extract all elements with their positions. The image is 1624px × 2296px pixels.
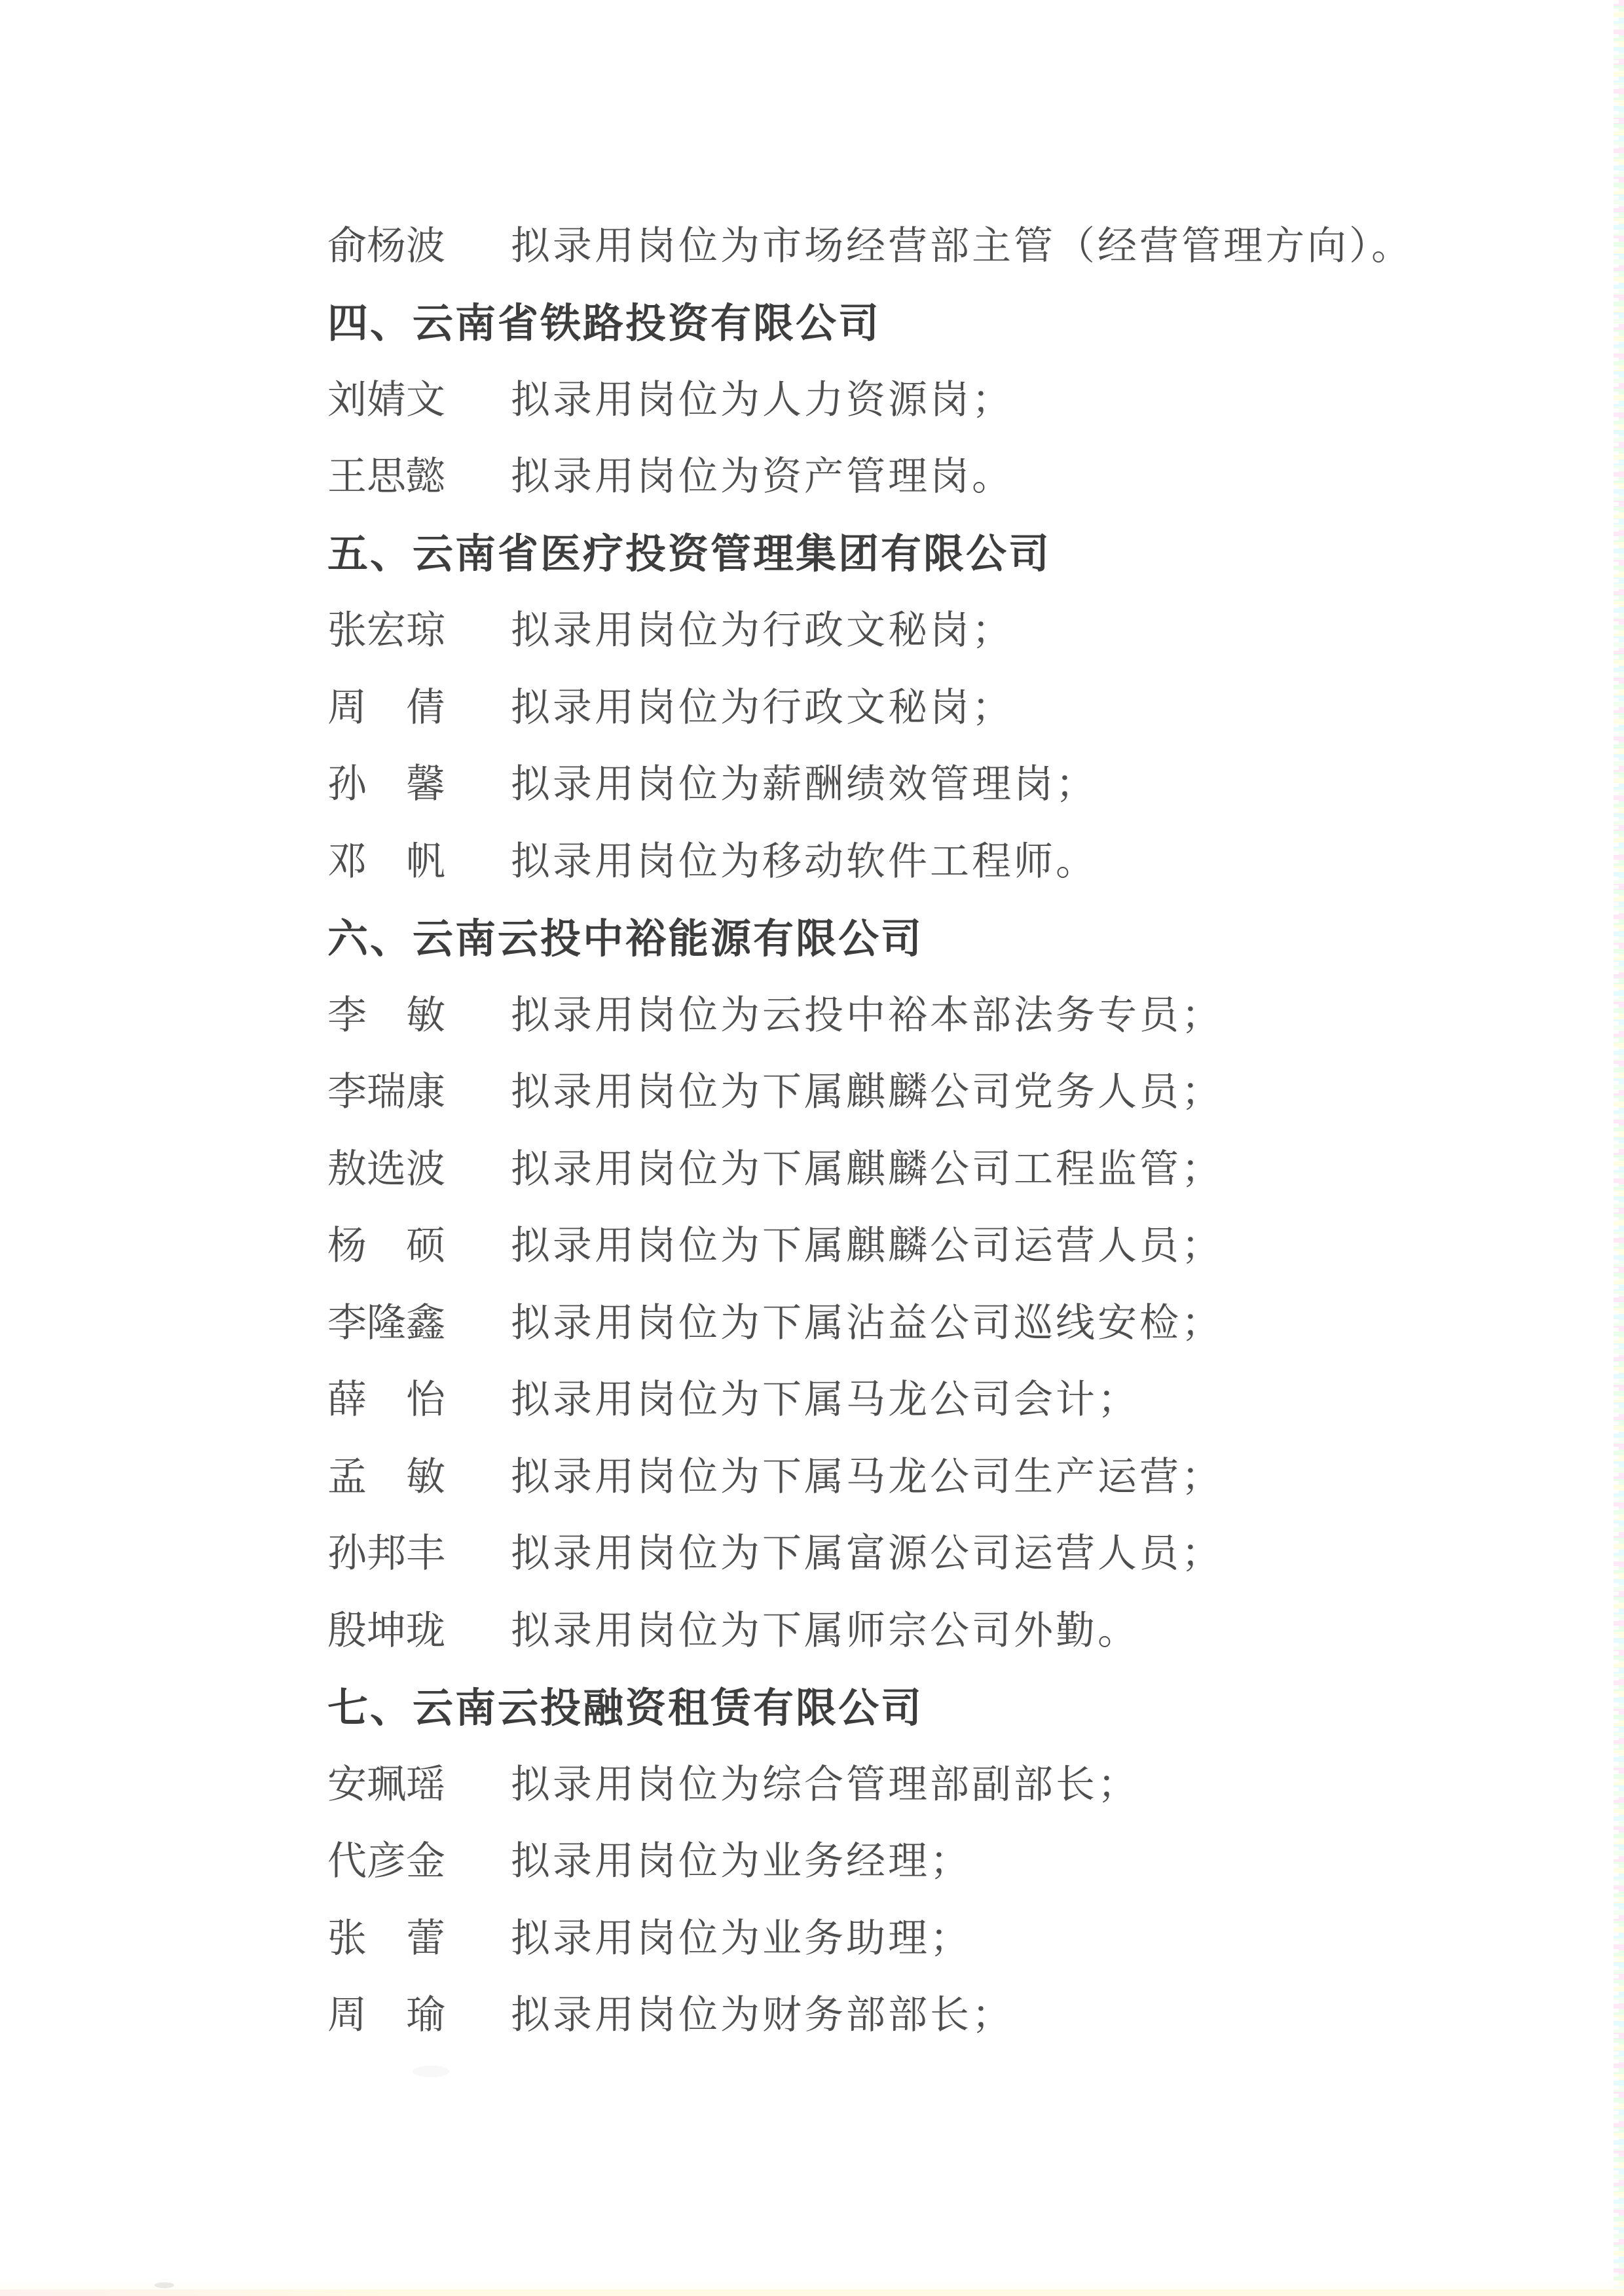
- section-heading-row: 五、云南省医疗投资管理集团有限公司: [327, 512, 1413, 589]
- scan-smudge: [155, 2282, 174, 2288]
- section-heading-row: 四、云南省铁路投资有限公司: [327, 282, 1413, 359]
- entry-name: 刘婧文: [327, 369, 453, 425]
- entry-row: 代彦金拟录用岗位为业务经理；: [327, 1820, 1413, 1897]
- entry-name: 安珮瑶: [327, 1753, 453, 1810]
- entry-name: 俞杨波: [327, 215, 453, 271]
- entry-name: 代彦金: [327, 1830, 453, 1886]
- entry-position: 拟录用岗位为财务部部长；: [511, 1984, 1014, 2040]
- entry-position: 拟录用岗位为业务助理；: [511, 1907, 972, 1963]
- entry-name: 殷坤珑: [327, 1599, 453, 1656]
- entry-position: 拟录用岗位为综合管理部副部长；: [511, 1753, 1139, 1810]
- entry-position: 拟录用岗位为行政文秘岗；: [511, 599, 1014, 655]
- entry-row: 邓 帆拟录用岗位为移动软件工程师。: [327, 820, 1413, 897]
- entry-position: 拟录用岗位为人力资源岗；: [511, 369, 1014, 425]
- entry-row: 刘婧文拟录用岗位为人力资源岗；: [327, 358, 1413, 435]
- entry-position: 拟录用岗位为业务经理；: [511, 1830, 972, 1886]
- entry-position: 拟录用岗位为下属麒麟公司党务人员；: [511, 1061, 1223, 1117]
- entry-name: 邓 帆: [327, 830, 453, 886]
- entry-position: 拟录用岗位为市场经营部主管（经营管理方向）。: [511, 215, 1413, 271]
- entry-name: 张宏琼: [327, 599, 453, 655]
- entry-row: 孙 馨拟录用岗位为薪酬绩效管理岗；: [327, 743, 1413, 820]
- entry-row: 周 倩拟录用岗位为行政文秘岗；: [327, 666, 1413, 743]
- entry-position: 拟录用岗位为云投中裕本部法务专员；: [511, 984, 1223, 1040]
- entry-position: 拟录用岗位为下属师宗公司外勤。: [511, 1599, 1139, 1656]
- entry-row: 俞杨波拟录用岗位为市场经营部主管（经营管理方向）。: [327, 204, 1413, 282]
- entry-position: 拟录用岗位为下属麒麟公司运营人员；: [511, 1214, 1223, 1271]
- entry-position: 拟录用岗位为行政文秘岗；: [511, 676, 1014, 733]
- entry-name: 周 瑜: [327, 1984, 453, 2040]
- scan-edge-artifact-bottom: [0, 2289, 1624, 2296]
- section-heading: 四、云南省铁路投资有限公司: [327, 291, 881, 349]
- entry-name: 李 敏: [327, 984, 453, 1040]
- entry-position: 拟录用岗位为下属沾益公司巡线安检；: [511, 1292, 1223, 1348]
- entry-position: 拟录用岗位为薪酬绩效管理岗；: [511, 753, 1098, 809]
- entry-name: 敖选波: [327, 1138, 453, 1194]
- entry-name: 薛 怡: [327, 1368, 453, 1425]
- entry-position: 拟录用岗位为资产管理岗。: [511, 445, 1014, 501]
- entry-row: 李隆鑫拟录用岗位为下属沾益公司巡线安检；: [327, 1281, 1413, 1358]
- entry-row: 敖选波拟录用岗位为下属麒麟公司工程监管；: [327, 1127, 1413, 1205]
- section-heading-row: 六、云南云投中裕能源有限公司: [327, 897, 1413, 974]
- entry-name: 王思懿: [327, 445, 453, 501]
- entry-position: 拟录用岗位为下属马龙公司会计；: [511, 1368, 1139, 1425]
- entry-row: 孟 敏拟录用岗位为下属马龙公司生产运营；: [327, 1435, 1413, 1512]
- entry-row: 李瑞康拟录用岗位为下属麒麟公司党务人员；: [327, 1051, 1413, 1128]
- entry-row: 孙邦丰拟录用岗位为下属富源公司运营人员；: [327, 1512, 1413, 1590]
- entry-row: 殷坤珑拟录用岗位为下属师宗公司外勤。: [327, 1589, 1413, 1666]
- scan-smudge: [413, 2066, 449, 2077]
- entry-row: 张 蕾拟录用岗位为业务助理；: [327, 1897, 1413, 1974]
- entry-position: 拟录用岗位为移动软件工程师。: [511, 830, 1098, 886]
- entry-name: 李瑞康: [327, 1061, 453, 1117]
- entry-name: 周 倩: [327, 676, 453, 733]
- section-heading: 五、云南省医疗投资管理集团有限公司: [327, 521, 1051, 579]
- scan-edge-fade-bottom: [0, 2280, 1624, 2289]
- entry-row: 王思懿拟录用岗位为资产管理岗。: [327, 435, 1413, 513]
- section-heading-row: 七、云南云投融资租赁有限公司: [327, 1666, 1413, 1743]
- entry-name: 孙 馨: [327, 753, 453, 809]
- entry-row: 张宏琼拟录用岗位为行政文秘岗；: [327, 589, 1413, 666]
- entry-name: 孙邦丰: [327, 1522, 453, 1578]
- document-content: 俞杨波拟录用岗位为市场经营部主管（经营管理方向）。四、云南省铁路投资有限公司刘婧…: [327, 204, 1413, 2050]
- entry-name: 孟 敏: [327, 1446, 453, 1502]
- entry-name: 张 蕾: [327, 1907, 453, 1963]
- entry-row: 李 敏拟录用岗位为云投中裕本部法务专员；: [327, 974, 1413, 1051]
- entry-name: 杨 硕: [327, 1214, 453, 1271]
- entry-position: 拟录用岗位为下属马龙公司生产运营；: [511, 1446, 1223, 1502]
- section-heading: 七、云南云投融资租赁有限公司: [327, 1675, 923, 1734]
- section-heading: 六、云南云投中裕能源有限公司: [327, 906, 923, 964]
- entry-name: 李隆鑫: [327, 1292, 453, 1348]
- scanned-document-page: 俞杨波拟录用岗位为市场经营部主管（经营管理方向）。四、云南省铁路投资有限公司刘婧…: [0, 0, 1624, 2296]
- entry-position: 拟录用岗位为下属富源公司运营人员；: [511, 1522, 1223, 1578]
- entry-row: 杨 硕拟录用岗位为下属麒麟公司运营人员；: [327, 1205, 1413, 1282]
- entry-row: 安珮瑶拟录用岗位为综合管理部副部长；: [327, 1743, 1413, 1820]
- entry-row: 周 瑜拟录用岗位为财务部部长；: [327, 1974, 1413, 2051]
- entry-row: 薛 怡拟录用岗位为下属马龙公司会计；: [327, 1358, 1413, 1436]
- entry-position: 拟录用岗位为下属麒麟公司工程监管；: [511, 1138, 1223, 1194]
- scan-edge-artifact-right: [1614, 0, 1624, 2296]
